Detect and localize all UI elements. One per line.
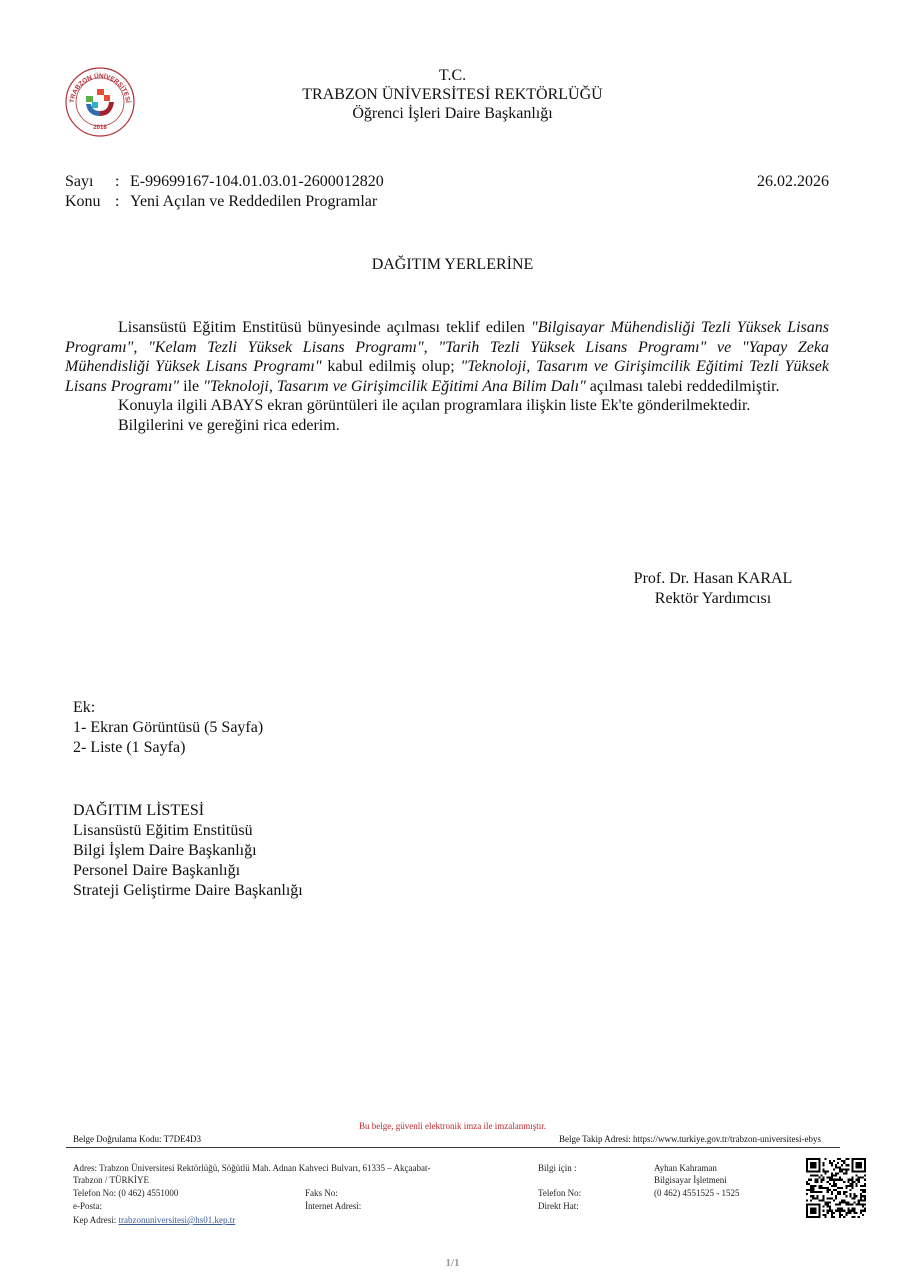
body-text: ile [179, 378, 203, 395]
footer-divider [66, 1147, 840, 1148]
document-header: T.C. TRABZON ÜNİVERSİTESİ REKTÖRLÜĞÜ Öğr… [0, 66, 905, 123]
distribution-item: Strateji Geliştirme Daire Başkanlığı [73, 881, 303, 901]
attachment-item: 2- Liste (1 Sayfa) [73, 738, 263, 758]
body-text: Lisansüstü Eğitim Enstitüsü bünyesinde a… [118, 319, 531, 336]
distribution-item: Personel Daire Başkanlığı [73, 861, 303, 881]
web: İnternet Adresi: [305, 1200, 361, 1212]
distribution-item: Lisansüstü Eğitim Enstitüsü [73, 821, 303, 841]
kep-label: Kep Adresi: [73, 1215, 119, 1225]
document-meta: Sayı : E-99699167-104.01.03.01-260001282… [65, 172, 384, 212]
distribution-title: DAĞITIM LİSTESİ [73, 801, 303, 821]
signatory-title: Rektör Yardımcısı [600, 589, 826, 609]
info-name: Ayhan Kahraman [654, 1162, 717, 1174]
colon: : [115, 172, 130, 192]
kep-address: Kep Adresi: trabzonuniversitesi@hs01.kep… [73, 1214, 235, 1226]
recipients-heading: DAĞITIM YERLERİNE [0, 256, 905, 274]
body-paragraph-2: Konuyla ilgili ABAYS ekran görüntüleri i… [65, 396, 829, 416]
svg-text:2018: 2018 [93, 125, 107, 131]
email: e-Posta: [73, 1200, 102, 1212]
kep-link[interactable]: trabzonuniversitesi@hs01.kep.tr [119, 1215, 236, 1225]
signatory-name: Prof. Dr. Hasan KARAL [600, 569, 826, 589]
direct-line-label: Direkt Hat: [538, 1200, 579, 1212]
page-number: 1/1 [0, 1257, 905, 1269]
attachment-item: 1- Ekran Görüntüsü (5 Sayfa) [73, 718, 263, 738]
body-text: kabul edilmiş olup; [322, 358, 461, 375]
konu-label: Konu [65, 192, 115, 212]
colon: : [115, 192, 130, 212]
info-title: Bilgisayar İşletmeni [654, 1174, 727, 1186]
verification-code: Belge Doğrulama Kodu: T7DE4D3 [73, 1134, 201, 1144]
info-phone: (0 462) 4551525 - 1525 [654, 1187, 740, 1199]
signature-block: Prof. Dr. Hasan KARAL Rektör Yardımcısı [600, 569, 826, 609]
header-department: Öğrenci İşleri Daire Başkanlığı [0, 104, 905, 123]
sayi-value: E-99699167-104.01.03.01-2600012820 [130, 172, 384, 192]
document-date: 26.02.2026 [757, 172, 829, 192]
header-tc: T.C. [0, 66, 905, 85]
fax: Faks No: [305, 1187, 338, 1199]
phone: Telefon No: (0 462) 4551000 [73, 1187, 178, 1199]
rejected-department: "Teknoloji, Tasarım ve Girişimcilik Eğit… [203, 378, 586, 395]
attachments-label: Ek: [73, 698, 263, 718]
body-text: açılması talebi reddedilmiştir. [586, 378, 780, 395]
qr-code [806, 1158, 866, 1218]
body-paragraph-3: Bilgilerini ve gereğini rica ederim. [65, 416, 829, 436]
sayi-label: Sayı [65, 172, 115, 192]
esign-notice: Bu belge, güvenli elektronik imza ile im… [0, 1121, 905, 1131]
address-line-1: Adres: Trabzon Üniversitesi Rektörlüğü, … [73, 1162, 430, 1174]
info-phone-label: Telefon No: [538, 1187, 581, 1199]
body-paragraph-1: Lisansüstü Eğitim Enstitüsü bünyesinde a… [65, 318, 829, 396]
konu-value: Yeni Açılan ve Reddedilen Programlar [130, 192, 377, 212]
document-body: Lisansüstü Eğitim Enstitüsü bünyesinde a… [65, 318, 829, 435]
header-university: TRABZON ÜNİVERSİTESİ REKTÖRLÜĞÜ [0, 85, 905, 104]
footer-contact: Adres: Trabzon Üniversitesi Rektörlüğü, … [73, 1162, 793, 1242]
address-line-2: Trabzon / TÜRKİYE [73, 1174, 149, 1186]
distribution-list: DAĞITIM LİSTESİ Lisansüstü Eğitim Enstit… [73, 801, 303, 901]
tracking-address: Belge Takip Adresi: https://www.turkiye.… [559, 1134, 821, 1144]
distribution-item: Bilgi İşlem Daire Başkanlığı [73, 841, 303, 861]
info-label: Bilgi için : [538, 1162, 577, 1174]
attachments: Ek: 1- Ekran Görüntüsü (5 Sayfa) 2- List… [73, 698, 263, 758]
